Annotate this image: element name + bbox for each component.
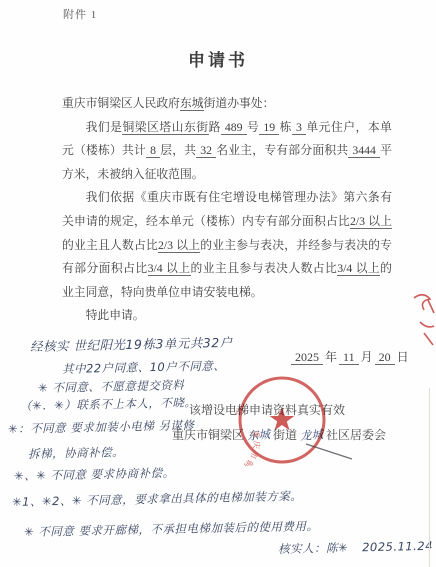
- handwritten-note: ✳1、✳2、✳ 不同意，要求拿出具体的电梯加装方案。: [12, 488, 302, 510]
- salutation-prefix: 重庆市铜梁区人民政府: [62, 96, 180, 110]
- date-day-label: 日: [397, 350, 409, 364]
- p2-text: 的业主且参与表决人数占比: [191, 261, 338, 275]
- p1-text: 层，共: [160, 143, 196, 157]
- p1-number-fill: 489: [221, 120, 247, 135]
- p1-text: 路: [209, 120, 221, 134]
- date-year: 2025: [291, 350, 323, 365]
- seal-text: 重庆市铜梁区东城街道龙城社区居民委员会: [236, 401, 262, 466]
- p2-text: 的业主且人数占比: [62, 238, 158, 252]
- page-title: 申请书: [0, 46, 436, 71]
- attachment-label: 附件 1: [63, 6, 97, 22]
- handwritten-note: 拆梯，协商补偿。: [28, 444, 124, 462]
- handwritten-note: ✳：不同意 要求加装小电梯 另谋修: [8, 417, 195, 437]
- svg-text:重庆市铜梁区东城街道龙城社区居民委员会: 重庆市铜梁区东城街道龙城社区居民委员会: [236, 401, 262, 466]
- p1-text: 栋: [279, 120, 292, 134]
- committee-prefix: 重庆市铜梁区: [172, 428, 244, 442]
- date-day: 20: [375, 350, 395, 365]
- verify-date: 2025.11.24: [362, 539, 433, 554]
- date-line: 2025年11月20日: [290, 348, 410, 365]
- date-month: 11: [339, 350, 359, 365]
- salutation-suffix: 街道办事处：: [204, 96, 275, 110]
- handwritten-note: ✳ 不同意、不愿意提交资料: [38, 377, 185, 396]
- verifier-name: 核实人：陈✳: [278, 541, 348, 556]
- paragraph-1: 我们是铜梁区塔山东街路489号19栋3单元住户，本单元（楼栋）共计8层，共32名…: [62, 116, 392, 187]
- p1-text: 号: [247, 120, 260, 134]
- handwritten-note: ✳、✳ 不同意 要求协商补偿。: [14, 465, 175, 484]
- closing-line: 特此申请。: [62, 304, 392, 328]
- seal-star-icon: [270, 407, 295, 431]
- paragraph-2: 我们依据《重庆市既有住宅增设电梯管理办法》第六条有关申请的规定，经本单元（楼栋）…: [62, 186, 392, 304]
- salutation-street-fill: 东城: [180, 96, 204, 111]
- handwritten-note: 经核实 世纪阳光19栋3单元共32户: [30, 333, 233, 355]
- p1-address-fill: 铜梁区塔山东街: [122, 120, 208, 135]
- p2-ratio-fill: 3/4 以上: [337, 261, 380, 276]
- pen-stroke-mark: [300, 438, 360, 464]
- p2-text: 我们依据《重庆市既有住宅增设电梯管理办法》第六条有关申请的规定，经本单元（楼栋）…: [62, 190, 392, 228]
- document-body: 重庆市铜梁区人民政府东城街道办事处： 我们是铜梁区塔山东街路489号19栋3单元…: [62, 92, 392, 328]
- p1-unit-fill: 3: [292, 120, 306, 135]
- p1-owners-fill: 32: [196, 143, 216, 158]
- p1-text: 我们是: [86, 120, 123, 134]
- salutation-line: 重庆市铜梁区人民政府东城街道办事处：: [62, 92, 392, 116]
- page-edge-line: [429, 388, 430, 567]
- p2-ratio-fill: 3/4 以上: [148, 261, 191, 276]
- handwritten-note: （✳．✳）联系不上本人，不晓。: [20, 394, 197, 414]
- verifier-signature: 核实人：陈✳2025.11.24: [278, 538, 433, 557]
- p1-text: 名业主，专有部分面积共: [216, 143, 348, 157]
- handwritten-note: ✳ 不同意 要求开廊梯，不承担电梯加装后的使用费用。: [24, 518, 319, 540]
- application-document: 附件 1 申请书 重庆市铜梁区人民政府东城街道办事处： 我们是铜梁区塔山东街路4…: [0, 0, 436, 567]
- p1-building-fill: 19: [259, 120, 279, 135]
- date-year-label: 年: [325, 350, 337, 364]
- p2-ratio-fill: 2/3 以上: [350, 214, 392, 229]
- p2-ratio-fill: 2/3 以上: [158, 238, 200, 253]
- red-ink-marks: [394, 288, 436, 350]
- handwritten-note: 其中22户同意、10户不同意、: [62, 358, 226, 377]
- p1-floors-fill: 8: [146, 143, 160, 158]
- p1-area-fill: 3444: [348, 143, 380, 158]
- date-month-label: 月: [361, 350, 373, 364]
